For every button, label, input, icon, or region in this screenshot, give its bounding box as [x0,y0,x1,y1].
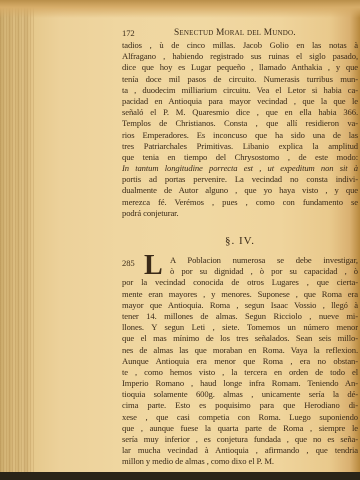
text-line: que tenia en tiempo del Chrysostomo , de… [122,152,358,163]
text-line: Imperio Romano , haud longe infra Romam.… [122,378,358,389]
text-line: que el mas mínimo de los tres señalados.… [122,333,358,344]
paragraph-number: 285 [122,255,144,277]
text-line: portis ad portas pervenire. La vecindad … [122,174,358,185]
text-line: lar mucha vecindad à Antioquia , afirman… [122,445,358,456]
body-text: tadios , ù de cinco millas. Jacob Golio … [122,40,358,219]
page-text: 172 Senectud Moral del Mundo. tadios , ù… [122,28,358,480]
text-line: Aunque Antioquia era menor que Roma , er… [122,356,358,367]
text-line: por la vecindad conocida de otros Lugare… [122,277,358,288]
page-number: 172 [122,28,174,39]
text-line: millon y medio de almas , como dixo el P… [122,456,358,467]
text-line: cima parte. Esto es poquisimo para que H… [122,400,358,411]
text-line: ò por su dignidad , ò por su capacidad ,… [170,266,358,277]
text-line: llones. Y segun Leti , siete. Tomemos un… [122,322,358,333]
text-line: tener 14. millones de almas. Segun Ricci… [122,311,358,322]
text-line: In tantum longitudine porrecta est , ut … [122,163,358,174]
text-line: ta , duodecim milliarium circuitu. Vea e… [122,85,358,96]
text-line: señaló el P. M. Quaresmio dice , que en … [122,107,358,118]
text-line: sería muy inferior , es conjetura fundad… [122,434,358,445]
bottom-edge [0,472,360,480]
text-line: tadios , ù de cinco millas. Jacob Golio … [122,40,358,51]
text-line: mente eran mayores , y menores. Suponese… [122,289,358,300]
paragraph-opening: 285 L A Poblacion numerosa se debe inves… [122,255,358,277]
paragraph-285: 285 L A Poblacion numerosa se debe inves… [122,255,358,468]
dropcap-lines: A Poblacion numerosa se debe investigar,… [170,255,358,277]
text-line: te , como hemos visto , la tercera en or… [122,367,358,378]
text-line: que , aunque fuese la quarta parte de Ro… [122,423,358,434]
text-line: mayor que Antioquia. Roma , segun Isaac … [122,300,358,311]
text-line: tres Patriarchales Primitivas. Libanio e… [122,141,358,152]
text-line: dice que hoy es Lugar pequeño , llamado … [122,62,358,73]
text-line: Alfragano , habiendo registrado sus ruin… [122,51,358,62]
text-line: rios Emperadores. Es inconcuso que ha si… [122,130,358,141]
page-header: 172 Senectud Moral del Mundo. [122,28,358,39]
page-edge-shadow [0,0,360,18]
drop-cap: L [144,255,166,277]
text-line: tioquia solamente 600g. almas , unicamen… [122,389,358,400]
text-line: xese , que casi competia con Roma. Luego… [122,412,358,423]
text-line: nes de almas las que moraban en Roma. Va… [122,345,358,356]
text-line: tenía doce mil pasos de circuito. Numera… [122,74,358,85]
text-line: dualmente de Autor alguno , que yo haya … [122,185,358,196]
running-head: Senectud Moral del Mundo. [174,28,296,39]
section-heading: §. IV. [122,231,358,251]
book-gutter [0,0,34,472]
text-line: merezca fé. Verémos , pues , como con fu… [122,197,358,208]
text-line: pacidad en Antioquia para mayor vecindad… [122,96,358,107]
text-line: Templos de Christianos. Consta , que all… [122,118,358,129]
text-line: podrá conjeturar. [122,208,358,219]
text-line: A Poblacion numerosa se debe investigar, [170,255,358,266]
